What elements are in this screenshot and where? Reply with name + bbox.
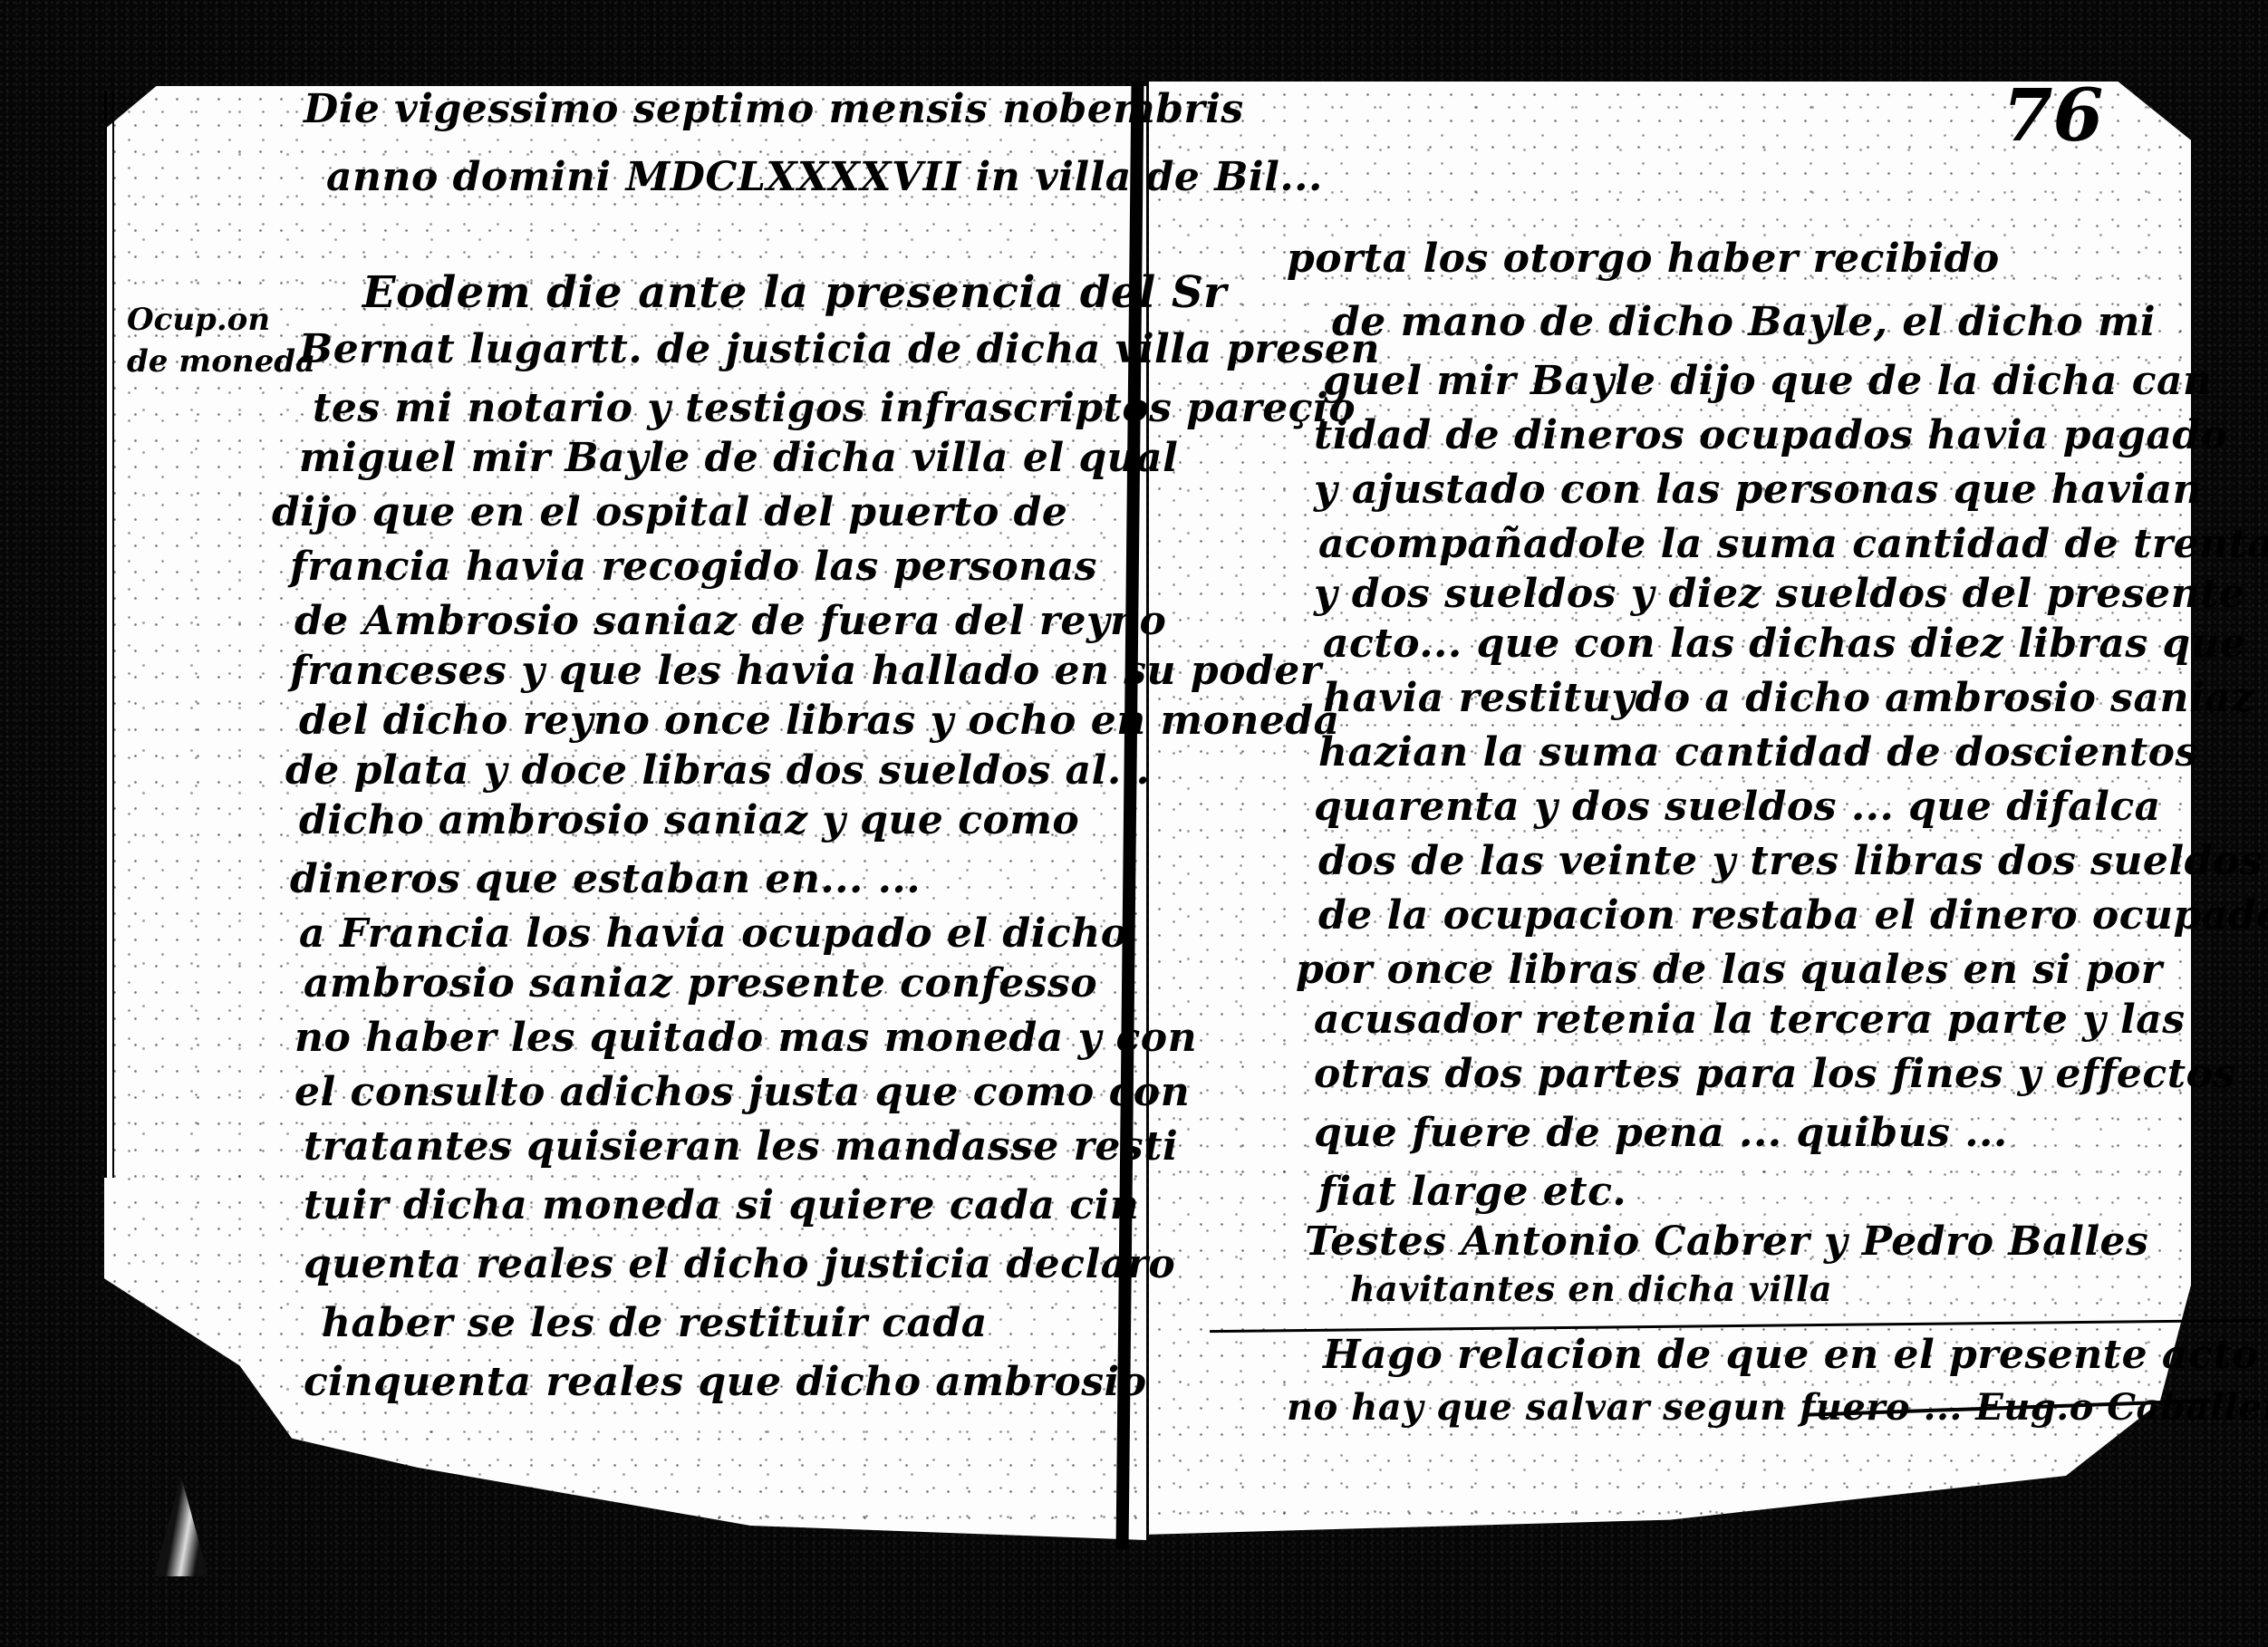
- manuscript-line: quarenta y dos sueldos ... que difalca: [1314, 784, 2161, 830]
- manuscript-line: Die vigessimo septimo mensis nobembris: [304, 86, 1244, 132]
- manuscript-line: acompañadole la suma cantidad de trenta: [1318, 521, 2268, 567]
- manuscript-line: dijo que en el ospital del puerto de: [272, 489, 1067, 535]
- left-margin-note: Ocup.on de moneda: [127, 299, 315, 382]
- manuscript-line: y dos sueldos y diez sueldos del present…: [1314, 571, 2244, 617]
- manuscript-line: Bernat lugartt. de justicia de dicha vil…: [299, 326, 1380, 372]
- manuscript-line: guel mir Bayle dijo que de la dicha can: [1323, 358, 2212, 404]
- manuscript-line: ambrosio saniaz presente confesso: [304, 960, 1097, 1006]
- relation-line: Hago relacion de que en el presente acto: [1323, 1332, 2259, 1378]
- manuscript-line: quenta reales el dicho justicia declaro: [304, 1241, 1175, 1287]
- manuscript-line: anno domini MDCLXXXXVII in villa de Bil.…: [326, 154, 1323, 200]
- manuscript-line: de plata y doce libras dos sueldos al...: [285, 747, 1150, 794]
- margin-note-line: Ocup.on: [127, 299, 315, 341]
- manuscript-line: tidad de dineros ocupados havia pagado: [1314, 412, 2227, 458]
- manuscript-line: franceses y que les havia hallado en su …: [290, 648, 1321, 694]
- manuscript-line: por once libras de las quales en si por: [1296, 947, 2162, 993]
- manuscript-line: haber se les de restituir cada: [322, 1300, 988, 1346]
- manuscript-line: otras dos partes para los fines y effect…: [1314, 1051, 2236, 1097]
- manuscript-scan: 76 Ocup.on de moneda Die vigessimo septi…: [0, 0, 2268, 1647]
- manuscript-line: de mano de dicho Bayle, el dicho mi: [1332, 299, 2156, 345]
- manuscript-line: de Ambrosio saniaz de fuera del reyno: [294, 598, 1166, 644]
- manuscript-line: hazian la suma cantidad de doscientos: [1318, 729, 2198, 775]
- manuscript-line: Eodem die ante la presencia del Sr: [362, 267, 1227, 318]
- relation-signature-line: no hay que salvar segun fuero ... Eug.o …: [1287, 1386, 2268, 1429]
- manuscript-line: havia restituydo a dicho ambrosio saniaz: [1323, 675, 2254, 721]
- witnesses-line: Testes Antonio Cabrer y Pedro Balles: [1305, 1218, 2148, 1265]
- torn-page-corner: [154, 1477, 208, 1576]
- manuscript-line: tes mi notario y testigos infrascriptos …: [313, 385, 1356, 431]
- manuscript-line: el consulto adichos justa que como con: [294, 1069, 1190, 1115]
- manuscript-line: fiat large etc.: [1318, 1169, 1626, 1215]
- manuscript-line: acto... que con las dichas diez libras q…: [1323, 621, 2246, 667]
- manuscript-line: cinquenta reales que dicho ambrosio: [304, 1359, 1147, 1405]
- manuscript-line: a Francia los havia ocupado el dicho: [299, 910, 1128, 957]
- manuscript-line: de la ocupacion restaba el dinero ocupad…: [1318, 892, 2268, 939]
- manuscript-line: del dicho reyno once libras y ocho en mo…: [299, 698, 1340, 744]
- witnesses-residence-line: havitantes en dicha villa: [1350, 1268, 1832, 1309]
- manuscript-line: porta los otorgo haber recibido: [1287, 236, 2000, 282]
- manuscript-line: acusador retenia la tercera parte y las: [1314, 997, 2186, 1043]
- manuscript-line: francia havia recogido las personas: [290, 544, 1097, 590]
- manuscript-line: dos de las veinte y tres libras dos suel…: [1318, 838, 2263, 884]
- manuscript-line: no haber les quitado mas moneda y con: [294, 1015, 1197, 1061]
- manuscript-line: y ajustado con las personas que havian: [1314, 467, 2202, 513]
- folio-number: 76: [2003, 72, 2103, 158]
- manuscript-line: dicho ambrosio saniaz y que como: [299, 797, 1079, 843]
- manuscript-line: dineros que estaban en... ...: [290, 856, 921, 902]
- manuscript-line: tuir dicha moneda si quiere cada cin: [304, 1182, 1139, 1228]
- left-page-fold-edge: [104, 91, 114, 1178]
- manuscript-line: miguel mir Bayle de dicha villa el qual: [299, 435, 1178, 481]
- margin-note-line: de moneda: [127, 341, 315, 382]
- manuscript-line: tratantes quisieran les mandasse resti: [304, 1123, 1178, 1170]
- manuscript-line: que fuere de pena ... quibus ...: [1314, 1110, 2008, 1156]
